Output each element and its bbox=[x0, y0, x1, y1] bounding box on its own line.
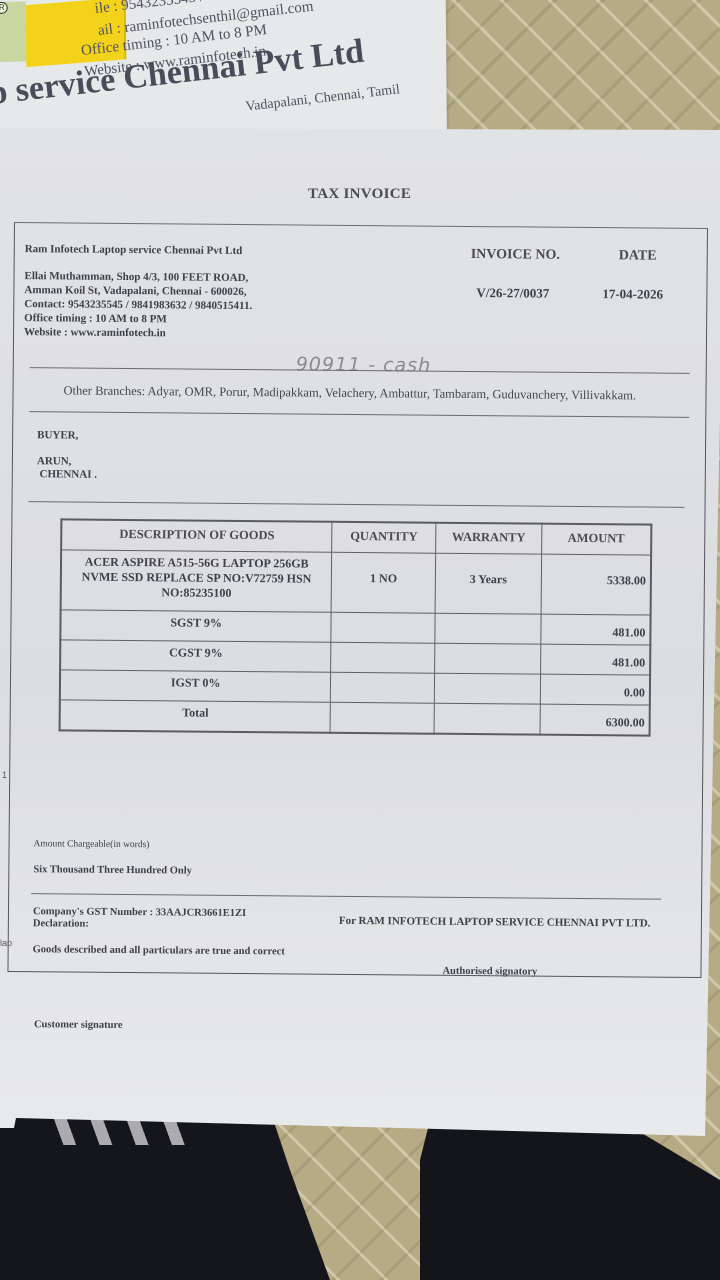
item-quantity: 1 NO bbox=[331, 552, 435, 613]
divider bbox=[29, 411, 689, 418]
customer-signature: Customer signature bbox=[34, 1019, 123, 1031]
buyer-details: ARUN, CHENNAI . bbox=[37, 455, 97, 482]
column-header: WARRANTY bbox=[436, 523, 542, 554]
empty-cell bbox=[434, 673, 540, 704]
invoice-frame: Ram Infotech Laptop service Chennai Pvt … bbox=[7, 222, 708, 978]
total-label: Total bbox=[60, 699, 331, 732]
igst-amount: 0.00 bbox=[540, 674, 650, 705]
item-amount: 5338.00 bbox=[541, 554, 651, 615]
seller-name: Ram Infotech Laptop service Chennai Pvt … bbox=[25, 243, 243, 257]
cgst-amount: 481.00 bbox=[540, 644, 650, 675]
authorised-signatory: Authorised signatory bbox=[442, 966, 537, 978]
invoice-sheet: TAX INVOICE Ram Infotech Laptop service … bbox=[0, 128, 720, 1138]
invoice-date: 17-04-2026 bbox=[602, 286, 663, 303]
column-header: AMOUNT bbox=[541, 524, 651, 555]
declaration-text: Goods described and all particulars are … bbox=[33, 944, 285, 957]
letterhead-address: Vadapalani, Chennai, Tamil bbox=[245, 82, 401, 115]
buyer-label: BUYER, bbox=[37, 429, 78, 441]
table-row: Total 6300.00 bbox=[60, 699, 650, 735]
sgst-amount: 481.00 bbox=[541, 614, 651, 645]
empty-cell bbox=[331, 642, 435, 673]
empty-cell bbox=[331, 612, 435, 643]
edge-mark: 1 bbox=[2, 770, 7, 780]
sgst-label: SGST 9% bbox=[60, 609, 331, 641]
empty-cell bbox=[435, 613, 541, 644]
invoice-number: V/26-27/0037 bbox=[476, 285, 549, 302]
item-warranty: 3 Years bbox=[435, 553, 541, 614]
seller-address: Ellai Muthamman, Shop 4/3, 100 FEET ROAD… bbox=[24, 269, 253, 341]
empty-cell bbox=[434, 703, 540, 734]
date-label: DATE bbox=[619, 248, 657, 264]
cgst-label: CGST 9% bbox=[60, 639, 331, 671]
other-branches: Other Branches: Adyar, OMR, Porur, Madip… bbox=[63, 383, 636, 403]
gst-number: Company's GST Number : 33AAJCR3661E1ZI D… bbox=[33, 906, 246, 932]
edge-mark: lap bbox=[0, 938, 12, 948]
divider bbox=[29, 501, 685, 508]
table-row: ACER ASPIRE A515-56G LAPTOP 256GB NVME S… bbox=[61, 549, 652, 614]
total-amount: 6300.00 bbox=[540, 704, 650, 735]
goods-table: DESCRIPTION OF GOODS QUANTITY WARRANTY A… bbox=[59, 518, 653, 736]
empty-cell bbox=[435, 643, 541, 674]
for-company: For RAM INFOTECH LAPTOP SERVICE CHENNAI … bbox=[339, 915, 651, 930]
handwritten-note: 90911 - cash bbox=[296, 353, 432, 376]
document-title: TAX INVOICE bbox=[308, 186, 411, 203]
amount-in-words-label: Amount Chargeable(in words) bbox=[34, 839, 150, 850]
item-description: ACER ASPIRE A515-56G LAPTOP 256GB NVME S… bbox=[61, 549, 332, 611]
column-header: QUANTITY bbox=[332, 522, 436, 553]
invoice-number-label: INVOICE NO. bbox=[471, 247, 560, 264]
signature-line bbox=[31, 893, 661, 899]
igst-label: IGST 0% bbox=[60, 669, 331, 701]
amount-in-words: Six Thousand Three Hundred Only bbox=[33, 864, 192, 876]
column-header: DESCRIPTION OF GOODS bbox=[61, 519, 332, 551]
empty-cell bbox=[330, 702, 434, 733]
empty-cell bbox=[331, 672, 435, 703]
